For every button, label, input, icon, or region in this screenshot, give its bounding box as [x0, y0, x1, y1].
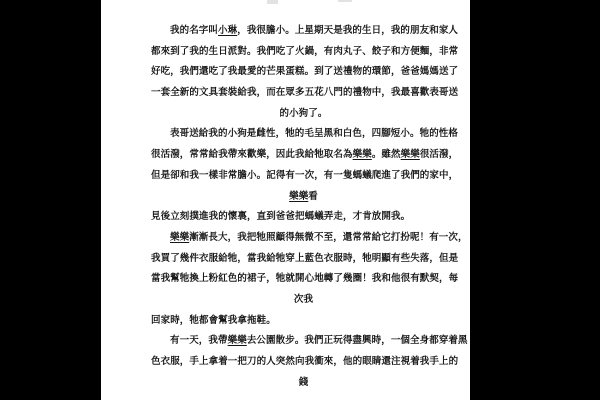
underlined-name: 樂樂: [401, 149, 420, 160]
letterbox-right: [470, 0, 600, 400]
text-segment: 我的名字叫: [170, 25, 218, 36]
text-segment: 當我幫牠換上粉紅色的裙子，牠就開心地轉了幾圈！我和他很有默契，每: [151, 273, 458, 284]
text-segment: ，我很膽小。上星期天是我的生日，我的朋友和家人: [237, 25, 458, 36]
text-segment: 去公園散步。我們正玩得盡興時，一個全身都穿着黑: [247, 335, 468, 346]
text-segment: 都來到了我的生日派對。我們吃了火鍋，有肉丸子、餃子和方便麵，非常: [151, 46, 458, 57]
underlined-name: 樂樂: [353, 149, 372, 160]
text-segment: 我買了幾件衣服給牠，當我給牠穿上藍色衣服時，牠明顯有些失落，但是: [151, 253, 458, 264]
underlined-name: 樂樂: [170, 232, 189, 243]
text-line: 好吃，我們還吃了我最愛的芒果蛋糕。到了送禮物的環節，爸爸媽媽送了: [151, 62, 456, 83]
text-line: 很活潑，常常給我帶來歡樂，因此我給牠取名為樂樂。雖然樂樂很活潑，: [151, 145, 456, 166]
text-line: 都來到了我的生日派對。我們吃了火鍋，有肉丸子、餃子和方便麵，非常: [151, 42, 456, 63]
essay-text: 我的名字叫小琳，我很膽小。上星期天是我的生日，我的朋友和家人都來到了我的生日派對…: [151, 21, 456, 393]
text-segment: 次我: [294, 294, 313, 305]
text-segment: 色衣服，手上拿着一把刀的人突然向我衝來，他的眼睛還注視着我手上的: [151, 356, 458, 367]
text-line: 有一天，我帶樂樂去公園散步。我們正玩得盡興時，一個全身都穿着黑: [151, 331, 456, 352]
text-segment: 漸漸長大，我把牠照顧得無微不至，還常常給它打扮呢！有一次，: [189, 232, 467, 243]
text-segment: 很活潑，常常給我帶來歡樂，因此我給牠取名為: [151, 149, 353, 160]
text-segment: 。雖然: [372, 149, 401, 160]
text-segment: 好吃，我們還吃了我最愛的芒果蛋糕。到了送禮物的環節，爸爸媽媽送了: [151, 66, 458, 77]
text-line: 當我幫牠換上粉紅色的裙子，牠就開心地轉了幾圈！我和他很有默契，每: [151, 269, 456, 290]
text-segment: 但是卻和我一樣非常膽小。記得有一次，有一隻螞蟻爬進了我們的家中，: [151, 170, 458, 181]
cutoff-text-remnant: [338, 0, 352, 2]
text-line: 我買了幾件衣服給牠，當我給牠穿上藍色衣服時，牠明顯有些失落，但是: [151, 249, 456, 270]
text-segment: 的小狗了。: [279, 108, 327, 119]
text-line: 樂樂漸漸長大，我把牠照顧得無微不至，還常常給它打扮呢！有一次，: [151, 228, 456, 249]
cutoff-text-remnant: [267, 0, 278, 4]
text-line: 色衣服，手上拿着一把刀的人突然向我衝來，他的眼睛還注視着我手上的: [151, 352, 456, 373]
text-line: 樂樂看: [151, 187, 456, 208]
text-segment: 見後立刻撲進我的懷裏，直到爸爸把螞蟻弄走，才肯放開我。: [151, 211, 410, 222]
text-line: 一套全新的文具套裝給我，而在眾多五花八門的禮物中，我最喜歡表哥送: [151, 83, 456, 104]
text-line: 我的名字叫小琳，我很膽小。上星期天是我的生日，我的朋友和家人: [151, 21, 456, 42]
text-line: 錢: [151, 373, 456, 394]
text-segment: 看: [308, 191, 318, 202]
text-line: 回家時，牠都會幫我拿拖鞋。: [151, 311, 456, 332]
underlined-name: 樂樂: [289, 191, 308, 202]
text-line: 見後立刻撲進我的懷裏，直到爸爸把螞蟻弄走，才肯放開我。: [151, 207, 456, 228]
text-segment: 表哥送給我的小狗是雌性，牠的毛呈黑和白色，四腳短小。牠的性格: [170, 128, 458, 139]
text-segment: 一套全新的文具套裝給我，而在眾多五花八門的禮物中，我最喜歡表哥送: [151, 87, 458, 98]
underlined-name: 樂樂: [228, 335, 247, 346]
text-segment: 回家時，牠都會幫我拿拖鞋。: [151, 315, 276, 326]
text-line: 次我: [151, 290, 456, 311]
document-page: 我的名字叫小琳，我很膽小。上星期天是我的生日，我的朋友和家人都來到了我的生日派對…: [101, 0, 470, 400]
text-segment: 有一天，我帶: [170, 335, 228, 346]
text-segment: 很活潑，: [420, 149, 458, 160]
text-line: 但是卻和我一樣非常膽小。記得有一次，有一隻螞蟻爬進了我們的家中，: [151, 166, 456, 187]
text-segment: 錢: [299, 377, 309, 388]
text-line: 表哥送給我的小狗是雌性，牠的毛呈黑和白色，四腳短小。牠的性格: [151, 124, 456, 145]
underlined-name: 小琳: [218, 25, 237, 36]
text-line: 的小狗了。: [151, 104, 456, 125]
viewer-stage: 我的名字叫小琳，我很膽小。上星期天是我的生日，我的朋友和家人都來到了我的生日派對…: [0, 0, 600, 400]
letterbox-left: [0, 0, 101, 400]
